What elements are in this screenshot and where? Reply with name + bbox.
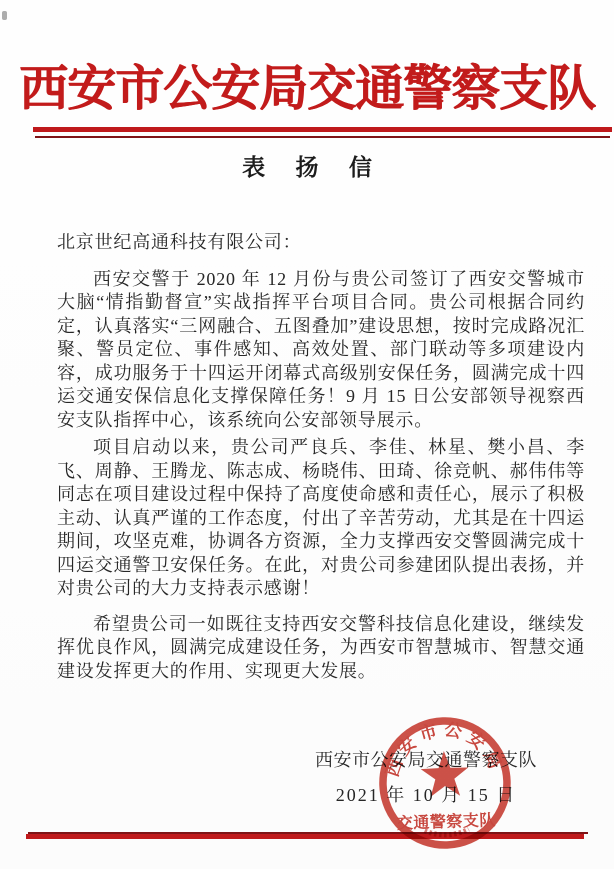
paragraph: 西安交警于 2020 年 12 月份与贵公司签订了西安交警城市大脑“情指勤督宣”… [57, 268, 585, 433]
letter-body: 北京世纪高通科技有限公司： 西安交警于 2020 年 12 月份与贵公司签订了西… [57, 231, 585, 683]
star-icon [420, 750, 469, 797]
scan-artifact [2, 11, 7, 20]
letterhead-rule-thin [35, 136, 610, 138]
document-title: 表 扬 信 [0, 149, 614, 182]
letter-page: 西安市公安局交通警察支队 表 扬 信 北京世纪高通科技有限公司： 西安交警于 2… [0, 0, 614, 869]
official-seal: 西安市公安局 交通警察支队 [359, 695, 531, 869]
letterhead-rule-thick [33, 127, 612, 132]
paragraph: 希望贵公司一如既往支持西安交警科技信息化建设，继续发挥优良作风，圆满完成建设任务… [57, 613, 585, 684]
seal-banner-text: 交通警察支队 [396, 810, 496, 832]
letterhead-title: 西安市公安局交通警察支队 [0, 50, 614, 120]
paragraph: 项目启动以来，贵公司严良兵、李佳、林星、樊小昌、李飞、周静、王腾龙、陈志成、杨晓… [57, 436, 585, 601]
recipient-line: 北京世纪高通科技有限公司： [57, 231, 585, 255]
